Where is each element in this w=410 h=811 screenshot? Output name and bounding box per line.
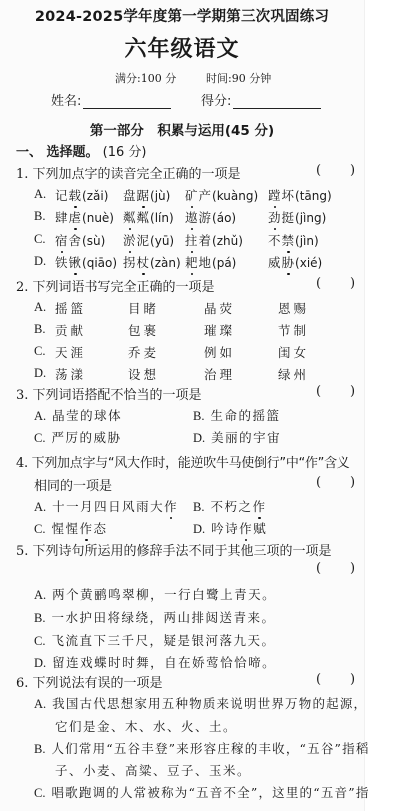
emphasis-dot-char: 矿: [185, 186, 199, 204]
pinyin-item: 宿舍(sù): [55, 231, 105, 249]
option-3c[interactable]: C.严厉的威胁: [34, 428, 121, 446]
emphasis-dot-char: 遨: [185, 208, 199, 226]
question-2: 2. 下列词语书写完全正确的一项是: [16, 276, 215, 295]
emphasis-dot-char: 耙: [185, 253, 199, 271]
option-5a[interactable]: A.两个黄鹂鸣翠柳，一行白鹭上青天。: [34, 585, 276, 603]
word-item: 设想: [128, 365, 159, 383]
emphasis-dot-char: 蹚: [268, 186, 282, 204]
pinyin-item: 粼粼(lín): [123, 208, 174, 226]
pinyin-item: 盘踞(jù): [123, 186, 170, 204]
emphasis-dot-char: 宿: [55, 231, 69, 249]
emphasis-dot-char: 杖: [137, 253, 151, 271]
pinyin-item: 威胁(xié): [268, 253, 322, 271]
option-6a-line2: 它们是金、木、水、火、土。: [55, 717, 237, 735]
pinyin-item: 劲挺(jìng): [268, 208, 326, 226]
emphasis-dot-char: 粼: [123, 208, 137, 226]
emphasis-dot-char: 胁: [282, 253, 296, 271]
emphasis-dot-char: 淤: [123, 231, 137, 249]
emphasis-dot-char: 踞: [137, 186, 151, 204]
word-item: 例如: [204, 343, 235, 361]
word-item: 包裹: [128, 321, 159, 339]
option-2b[interactable]: B.: [34, 321, 51, 337]
pinyin-item: 铁锹(qiāo): [55, 253, 117, 271]
pinyin-item: 淤泥(yū): [123, 231, 174, 249]
question-stem: 下列说法有误的一项是: [33, 676, 163, 691]
emphasis-dot-char: 禁: [282, 231, 296, 249]
word-item: 天涯: [55, 343, 86, 361]
option-4a[interactable]: A.十一月四日风雨大作: [34, 497, 178, 515]
option-2c[interactable]: C.: [34, 343, 51, 359]
section-heading: 一、 选择题。 (16 分): [16, 141, 147, 160]
word-item: 荡漾: [55, 365, 86, 383]
answer-blank-5[interactable]: (): [316, 561, 356, 576]
answer-blank-1[interactable]: (): [316, 163, 356, 178]
word-item: 乔麦: [128, 343, 159, 361]
pinyin-item: 矿产(kuàng): [185, 186, 258, 204]
question-6: 6. 下列说法有误的一项是: [16, 672, 163, 691]
option-6a[interactable]: A.我国古代思想家用五种物质来说明世界万物的起源，: [34, 694, 367, 712]
section-label: 一、 选择题。: [16, 145, 99, 160]
pinyin-item: 耙地(pá): [185, 253, 236, 271]
option-3b[interactable]: B.生命的摇篮: [193, 406, 280, 424]
subject-title: 六年级语文: [0, 32, 364, 63]
emphasis-dot-char: 虐: [69, 208, 83, 226]
score-blank[interactable]: [233, 96, 321, 109]
score-field[interactable]: 得分:: [201, 90, 321, 109]
exam-time: 时间:90 分钟: [206, 70, 271, 86]
emphasis-dot-char: 作: [79, 519, 93, 537]
option-5d[interactable]: D.留连戏蝶时时舞，自在娇莺恰恰啼。: [34, 653, 276, 671]
word-item: 治理: [204, 365, 235, 383]
word-item: 恩赐: [278, 299, 309, 317]
pinyin-item: 拐杖(zàn): [123, 253, 181, 271]
option-5b[interactable]: B.一水护田将绿绕，两山排闼送青来。: [34, 608, 275, 626]
question-stem: 下列加点字的读音完全正确的一项是: [33, 167, 241, 182]
option-3a[interactable]: A.晶莹的球体: [34, 406, 122, 424]
question-stem: 下列词语搭配不恰当的一项是: [33, 388, 202, 403]
option-6b-line2: 子、小麦、高粱、豆子、玉米。: [55, 761, 251, 779]
emphasis-dot-char: 作: [164, 497, 178, 515]
word-item: 闺女: [278, 343, 309, 361]
option-6c[interactable]: C.唱歌跑调的人常被称为“五音不全”，这里的“五音”指: [34, 783, 370, 801]
word-item: 绿州: [278, 365, 309, 383]
answer-blank-4[interactable]: (): [316, 475, 356, 490]
exam-title: 2024-2025学年度第一学期第三次巩固练习: [0, 5, 364, 26]
answer-blank-2[interactable]: (): [316, 276, 356, 291]
name-field[interactable]: 姓名:: [51, 90, 171, 109]
answer-blank-3[interactable]: (): [316, 384, 356, 399]
full-score: 满分:100 分: [115, 70, 176, 86]
name-blank[interactable]: [83, 96, 171, 109]
answer-blank-6[interactable]: (): [316, 672, 356, 687]
question-stem: 下列诗句所运用的修辞手法不同于其他三项的一项是: [33, 544, 332, 559]
option-2d[interactable]: D.: [34, 365, 52, 381]
word-item: 晶荧: [204, 299, 235, 317]
word-item: 目睹: [128, 299, 159, 317]
option-5c[interactable]: C.飞流直下三千尺，疑是银河落九天。: [34, 631, 275, 649]
score-label: 得分:: [201, 94, 231, 109]
emphasis-dot-char: 劲: [268, 208, 282, 226]
question-3: 3. 下列词语搭配不恰当的一项是: [16, 384, 202, 403]
question-stem: 下列词语书写完全正确的一项是: [33, 280, 215, 295]
option-2a[interactable]: A.: [34, 299, 52, 315]
option-4c[interactable]: C.惺惺作态: [34, 519, 108, 537]
name-label: 姓名:: [51, 94, 81, 109]
word-item: 璀璨: [204, 321, 235, 339]
emphasis-dot-char: 拄: [185, 231, 199, 249]
pinyin-item: 拄着(zhǔ): [185, 231, 243, 249]
question-4: 4. 下列加点字与“风大作时，能逆吹牛马使倒行”中“作”含义: [16, 452, 350, 471]
question-1: 1. 下列加点字的读音完全正确的一项是: [16, 163, 241, 182]
question-stem-line1: 下列加点字与“风大作时，能逆吹牛马使倒行”中“作”含义: [32, 456, 350, 471]
pinyin-item: 肆虐(nuè): [55, 208, 114, 226]
pinyin-item: 蹚坏(tāng): [268, 186, 332, 204]
emphasis-dot-char: 载: [69, 186, 83, 204]
pinyin-item: 不禁(jìn): [268, 231, 319, 249]
question-4-line2: 相同的一项是: [34, 475, 112, 494]
option-3d[interactable]: D.美丽的宇宙: [193, 428, 281, 446]
word-item: 节制: [278, 321, 309, 339]
pinyin-item: 记载(zǎi): [55, 186, 108, 204]
word-item: 摇篮: [55, 299, 86, 317]
word-item: 贡献: [55, 321, 86, 339]
emphasis-dot-char: 作: [239, 519, 253, 537]
option-6b[interactable]: B.人们常用“五谷丰登”来形容庄稼的丰收，“五谷”指稻: [34, 739, 370, 757]
part-heading: 第一部分 积累与运用(45 分): [0, 119, 364, 139]
option-4d[interactable]: D.吟诗作赋: [193, 519, 267, 537]
emphasis-dot-char: 锹: [69, 253, 83, 271]
section-points: (16 分): [103, 145, 147, 160]
pinyin-item: 遨游(áo): [185, 208, 236, 226]
emphasis-dot-char: 作: [252, 497, 266, 515]
option-4b[interactable]: B.不朽之作: [193, 497, 267, 515]
question-5: 5. 下列诗句所运用的修辞手法不同于其他三项的一项是: [16, 540, 332, 559]
